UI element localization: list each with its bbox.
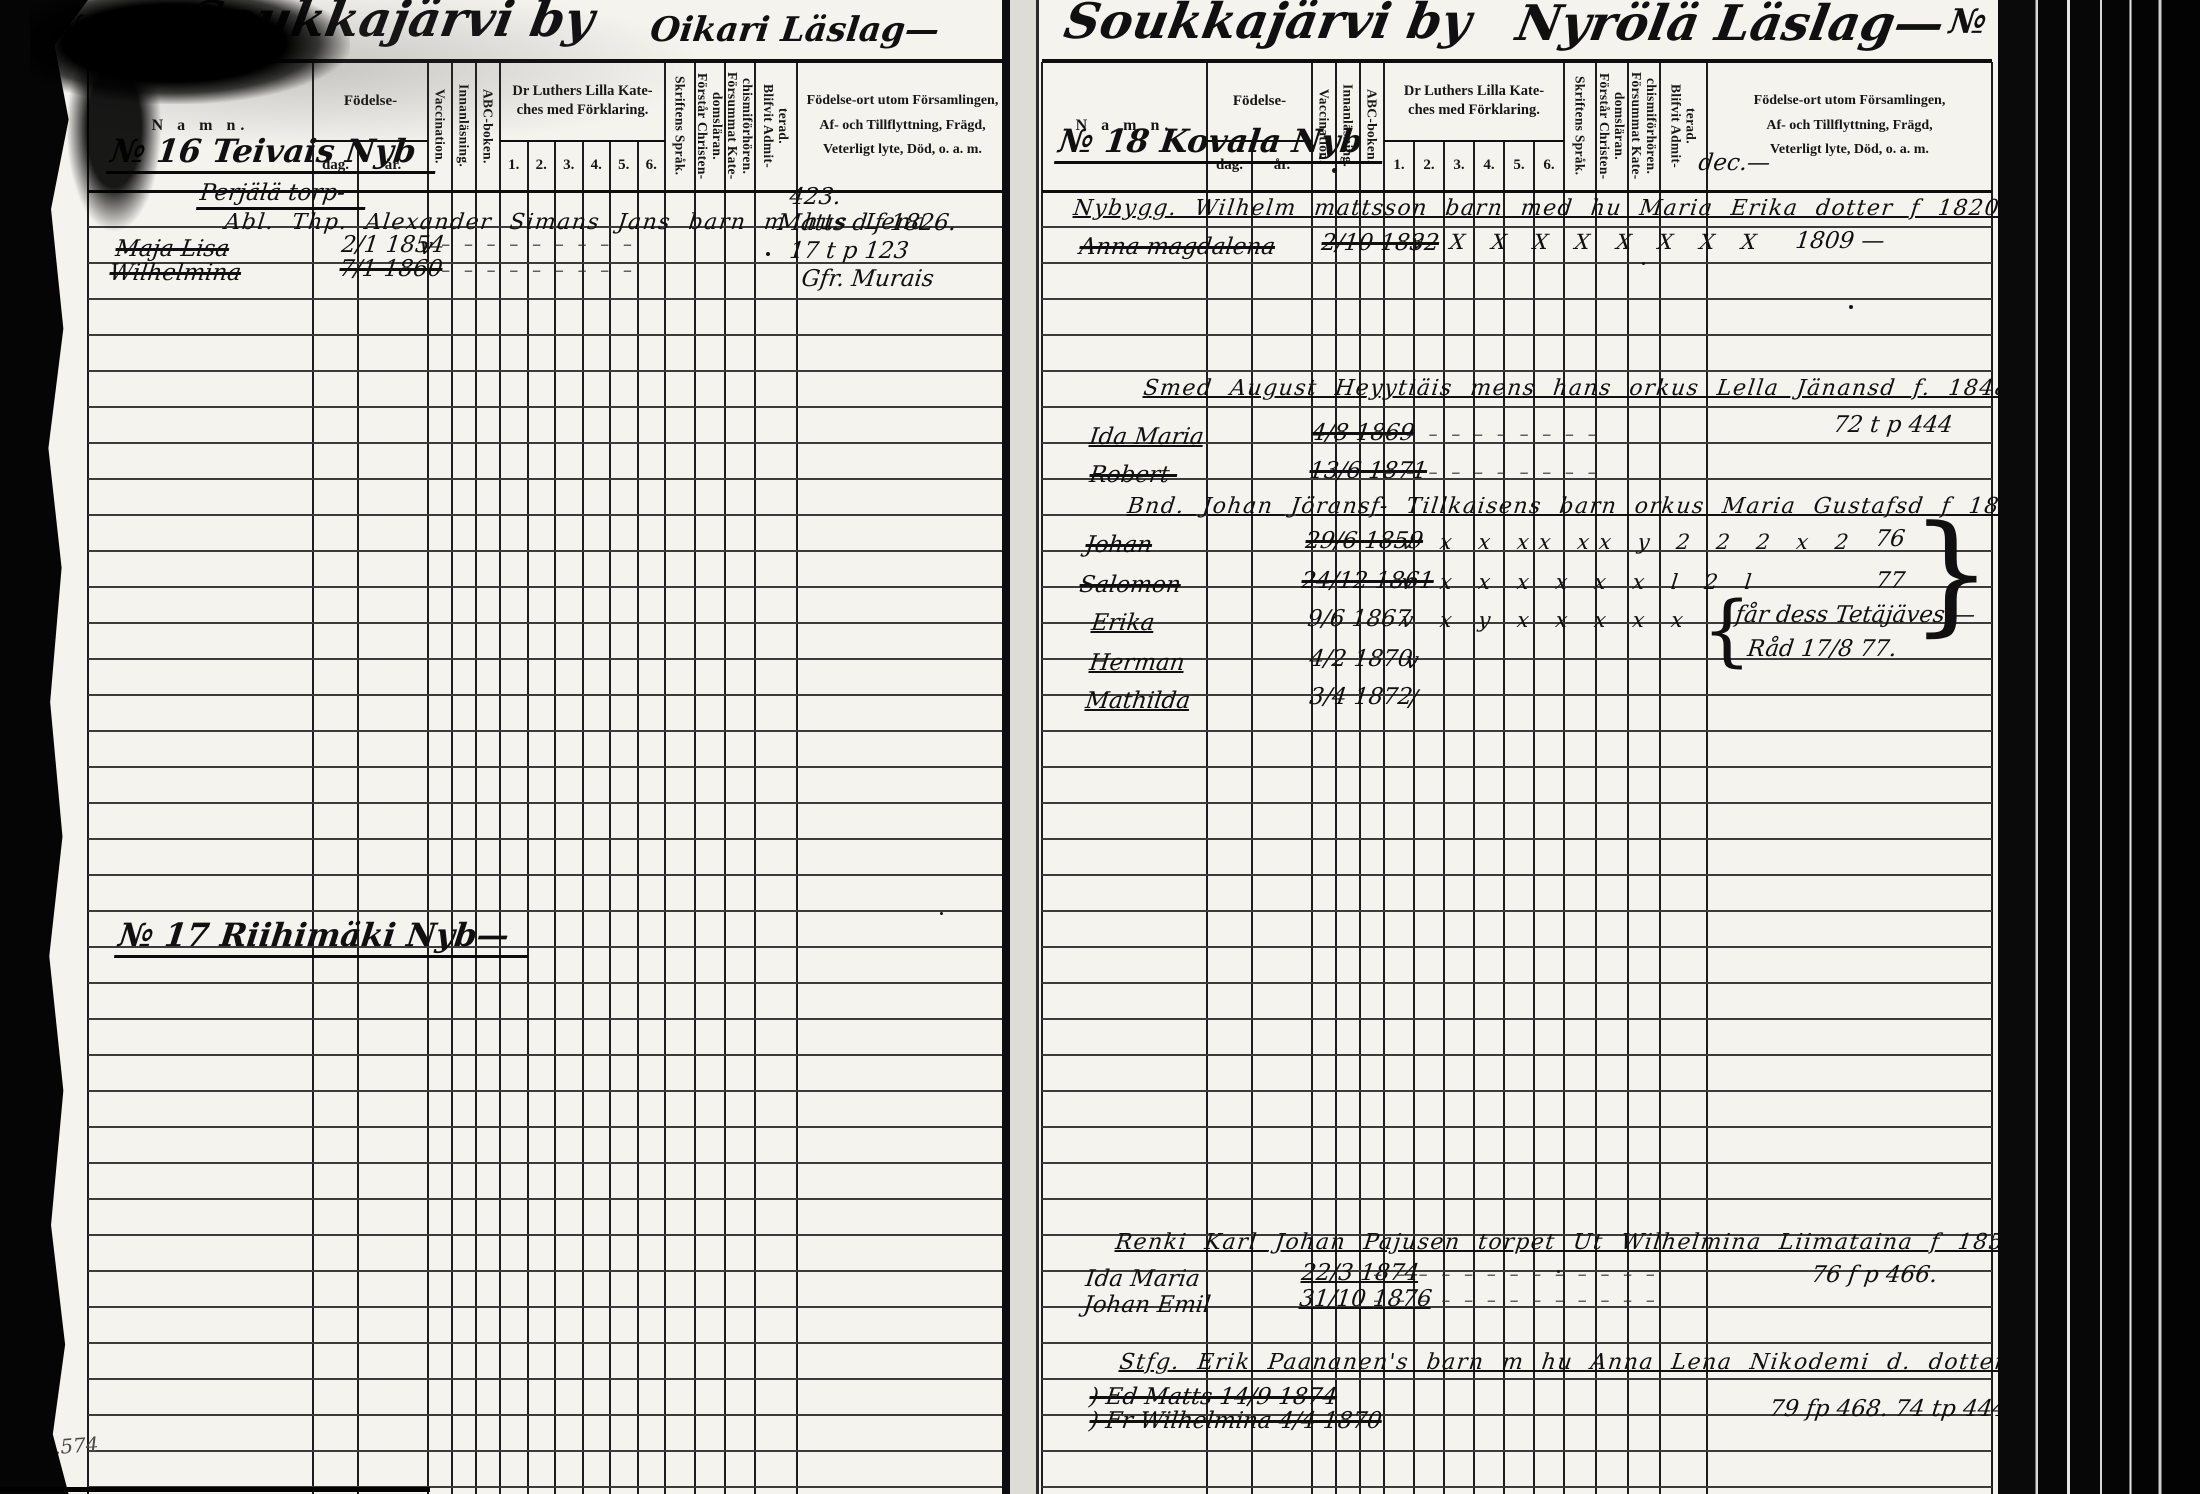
column-header-label: 2. bbox=[536, 157, 547, 174]
column-header-label: Skriftens Språk. bbox=[1573, 76, 1588, 175]
column-header-label: 3. bbox=[1453, 157, 1464, 174]
handwritten-entry: 76 bbox=[1874, 526, 1906, 552]
column-header-kateches: Dr Luthers Lilla Kate- ches med Förklari… bbox=[500, 62, 665, 140]
handwritten-entry: v X X X X X X X X bbox=[1410, 230, 1768, 254]
column-header-kateches-5: 5. bbox=[1504, 140, 1534, 190]
handwritten-entry: № 17 Riihimäki Nyb— bbox=[114, 916, 533, 958]
ink-speck bbox=[766, 252, 770, 256]
handwritten-entry: Bnd. Johan Jöransf- Tillkaisens barn ork… bbox=[1126, 494, 2041, 519]
handwritten-entry: 423. bbox=[788, 184, 842, 210]
page-title: № 1. bbox=[1947, 2, 2036, 42]
handwritten-entry: 3/4 1872 bbox=[1308, 684, 1414, 710]
handwritten-entry: 9/6 1867 bbox=[1306, 606, 1412, 632]
handwritten-entry: Anna magdalena bbox=[1078, 234, 1277, 260]
column-header-skriftens-sprak: Skriftens Språk. bbox=[665, 62, 695, 190]
handwritten-entry: Mathilda bbox=[1084, 688, 1192, 714]
column-header-forstar-christendomslaran: Förstår Christen- domsläran. bbox=[1596, 62, 1628, 190]
column-header-label: 4. bbox=[1483, 157, 1494, 174]
column-header-kateches-6: 6. bbox=[638, 140, 666, 190]
column-header-forsummat-katechismiforhoren: Försummat Kate- chismiförhören. bbox=[1628, 62, 1660, 190]
column-header-label: Förstår Christen- domsläran. bbox=[1597, 73, 1627, 179]
handwritten-entry: Wilhelmina bbox=[108, 260, 243, 286]
handwritten-entry: – – – – – – – – – – – – – bbox=[1372, 1290, 1660, 1311]
handwritten-entry: Ida Maria bbox=[1088, 424, 1205, 450]
page-left: N a m n.Födelse-dag.år.Vaccination.Innan… bbox=[88, 0, 1008, 1494]
column-header-label: 2. bbox=[1423, 157, 1434, 174]
handwritten-entry: – – – – – – – – – bbox=[440, 260, 637, 281]
column-header-abc-boken: ABC-boken. bbox=[476, 62, 500, 190]
handwritten-entry: № 18 Kovala Nyb bbox=[1054, 122, 1387, 164]
column-header-label: 4. bbox=[591, 157, 602, 174]
page-right: N a m n.Födelse-dag.år.Vaccination.Innan… bbox=[1042, 0, 1992, 1494]
column-header-label: Födelse- bbox=[1233, 93, 1286, 110]
column-header-label: Försummat Kate- chismiförhören. bbox=[725, 72, 755, 180]
handwritten-entry: Stfg. Erik Paananen's barn m hu Anna Len… bbox=[1118, 1350, 2115, 1375]
column-header-kateches-1: 1. bbox=[500, 140, 528, 190]
scanned-document: N a m n.Födelse-dag.år.Vaccination.Innan… bbox=[0, 0, 2200, 1494]
column-header-kateches-4: 4. bbox=[1474, 140, 1504, 190]
handwritten-entry: v x x xx xx y 2 2 2 x 2 bbox=[1400, 530, 1860, 554]
handwritten-entry: ) Ed Matts 14/9 1874 bbox=[1088, 1384, 1339, 1410]
ink-speck bbox=[1642, 262, 1645, 265]
column-header-label: Försummat Kate- chismiförhören. bbox=[1629, 72, 1659, 180]
handwritten-entry: n.574 bbox=[40, 1432, 99, 1460]
column-header-skriftens-sprak: Skriftens Språk. bbox=[1564, 62, 1596, 190]
column-header-kateches: Dr Luthers Lilla Kate- ches med Förklari… bbox=[1384, 62, 1564, 140]
column-header-label: Blifvit Admit- terad. bbox=[1669, 84, 1699, 168]
handwritten-entry: Perjälä torp- bbox=[196, 180, 369, 210]
column-header-kateches-3: 3. bbox=[555, 140, 583, 190]
ruled-lines bbox=[88, 192, 1008, 1494]
handwritten-entry: – – – – – – – – – bbox=[440, 234, 637, 255]
column-header-label: Dr Luthers Lilla Kate- ches med Förklari… bbox=[512, 82, 652, 120]
column-header-label: Födelse- bbox=[344, 93, 397, 110]
handwritten-entry: – – – – – – – – – – bbox=[1382, 424, 1602, 445]
column-header-label: Innanläsning. bbox=[457, 84, 472, 167]
column-header-label: 1. bbox=[508, 157, 519, 174]
handwritten-entry: – – – – – – – – – – bbox=[1382, 462, 1602, 483]
handwritten-entry: 77 bbox=[1874, 568, 1906, 594]
column-header-forstar-christendomslaran: Förstår Christen- domsläran. bbox=[695, 62, 725, 190]
column-header-label: 3. bbox=[563, 157, 574, 174]
ink-speck bbox=[1557, 1270, 1560, 1273]
handwritten-entry: 4/2 1870 bbox=[1308, 646, 1414, 672]
handwritten-entry: № 16 Teivais Nyb bbox=[106, 132, 440, 174]
handwritten-entry: Nybygg. Wilhelm mattsson barn med hu Mar… bbox=[1072, 196, 2002, 221]
handwritten-entry: Johan bbox=[1084, 532, 1154, 558]
handwritten-entry: Robert- bbox=[1088, 462, 1179, 488]
column-header-label: Skriftens Språk. bbox=[673, 76, 688, 175]
handwritten-entry: Matts d f 1826. bbox=[776, 210, 958, 236]
column-header-kateches-5: 5. bbox=[610, 140, 638, 190]
handwritten-entry: Herman bbox=[1088, 650, 1186, 676]
handwritten-entry: – – – – – – – – – – – – – bbox=[1372, 1264, 1660, 1285]
column-header-blifvit-admitterad: Blifvit Admit- terad. bbox=[755, 62, 797, 190]
handwritten-entry: dec.— bbox=[1697, 150, 1772, 176]
column-header-fodelseort: Födelse-ort utom Församlingen, Af- och T… bbox=[797, 62, 1008, 190]
ink-speck bbox=[940, 912, 943, 915]
column-header-label: Blifvit Admit- terad. bbox=[761, 84, 791, 168]
page-title: Oikari Läslag— bbox=[648, 10, 942, 50]
column-header-label: Förstår Christen- domsläran. bbox=[695, 73, 725, 179]
page-title: Nyrölä Läslag— bbox=[1512, 0, 1949, 52]
column-header-kateches-2: 2. bbox=[528, 140, 556, 190]
page-title: Soukkajärvi by bbox=[183, 0, 599, 48]
column-header-label: 1. bbox=[1393, 157, 1404, 174]
handwritten-entry: 72 t p 444 bbox=[1832, 412, 1954, 438]
handwritten-entry: 76 f p 466. bbox=[1810, 1262, 1939, 1288]
ink-speck bbox=[1849, 305, 1853, 309]
handwritten-entry: 1809 — bbox=[1794, 228, 1886, 254]
column-header-label: Födelse-ort utom Församlingen, Af- och T… bbox=[807, 89, 999, 163]
handwritten-entry: Maja Lisa bbox=[114, 236, 231, 262]
column-header-label: 5. bbox=[618, 157, 629, 174]
handwritten-entry: Gfr. Murais bbox=[800, 266, 935, 292]
column-header-label: 5. bbox=[1513, 157, 1524, 174]
handwritten-entry: Råd 17/8 77. bbox=[1746, 636, 1898, 662]
column-header-kateches-3: 3. bbox=[1444, 140, 1474, 190]
column-header-kateches-1: 1. bbox=[1384, 140, 1414, 190]
handwritten-entry: Renki Karl Johan Pajusen torpet Ut Wilhe… bbox=[1114, 1230, 2030, 1255]
handwritten-entry: 79 fp 468. 74 tp 444 bbox=[1768, 1396, 2009, 1422]
handwritten-entry: får dess Tetäjävesi— bbox=[1734, 602, 1977, 628]
handwritten-entry: 7/1 1860 bbox=[338, 256, 444, 282]
handwritten-entry: 17 t p 123 bbox=[788, 238, 910, 264]
column-header-label: ABC-boken. bbox=[481, 89, 496, 164]
handwritten-entry: ) Fr Wilhelmina 4/4 1870 bbox=[1088, 1408, 1383, 1434]
handwritten-entry: Erika bbox=[1090, 610, 1156, 636]
handwritten-entry: Salomon bbox=[1078, 572, 1182, 598]
column-header-innanlasning: Innanläsning. bbox=[452, 62, 476, 190]
handwritten-entry: Ida Maria bbox=[1084, 1266, 1201, 1292]
right-black-edge bbox=[1992, 0, 2200, 1494]
column-header-kateches-6: 6. bbox=[1534, 140, 1564, 190]
column-header-label: 6. bbox=[646, 157, 657, 174]
ink-speck bbox=[1332, 168, 1337, 173]
page-title: № 20. bbox=[52, 8, 165, 48]
column-header-forsummat-katechismiforhoren: Försummat Kate- chismiförhören. bbox=[725, 62, 755, 190]
column-header-label: 6. bbox=[1543, 157, 1554, 174]
column-header-label: Födelse-ort utom Församlingen, Af- och T… bbox=[1754, 89, 1946, 163]
column-header-kateches-2: 2. bbox=[1414, 140, 1444, 190]
column-header-fodelse: Födelse- bbox=[313, 62, 428, 140]
left-black-edge bbox=[0, 0, 88, 1494]
handwritten-entry: Johan Emil bbox=[1082, 1292, 1212, 1318]
handwritten-entry: v x y x x x x x bbox=[1400, 608, 1694, 632]
page-title: Soukkajärvi by bbox=[1060, 0, 1476, 50]
handwritten-entry: Smed August Heyytiäis mens hans orkus Le… bbox=[1142, 376, 2020, 401]
column-header-kateches-4: 4. bbox=[583, 140, 611, 190]
column-header-label: Dr Luthers Lilla Kate- ches med Förklari… bbox=[1404, 82, 1544, 120]
